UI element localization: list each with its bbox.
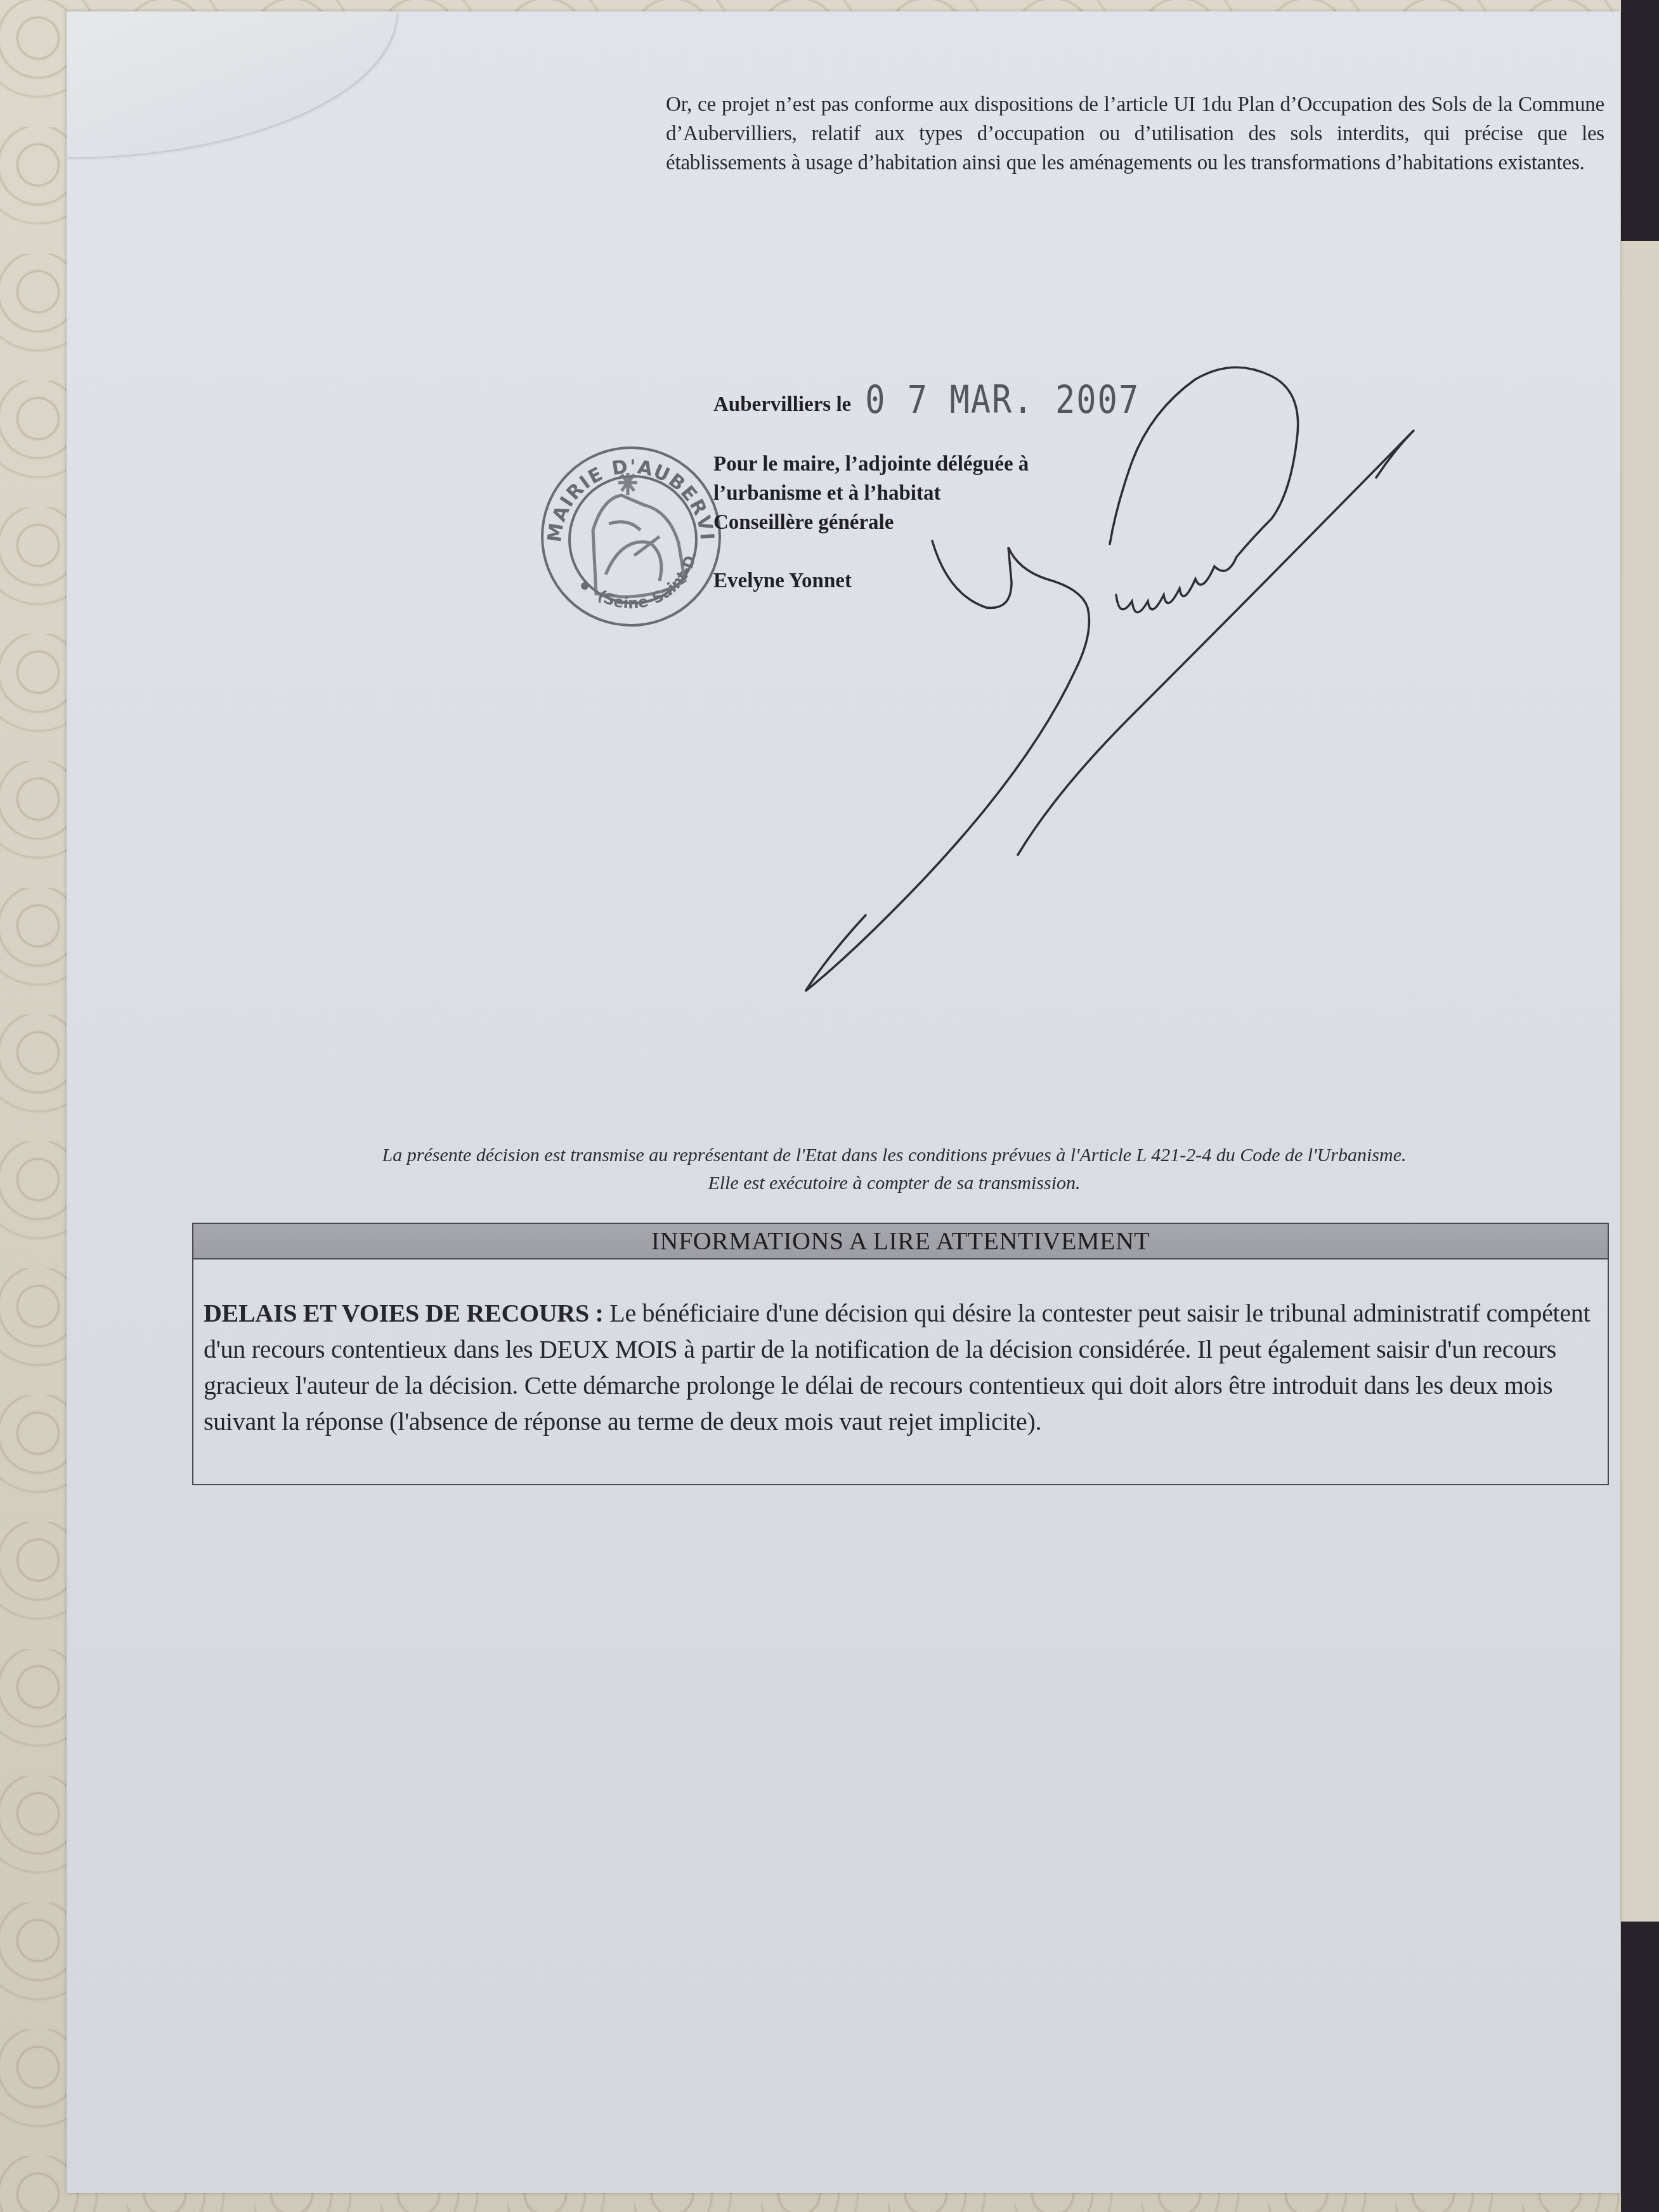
municipal-seal-icon: MAIRIE D'AUBERVILLIERS (Seine-Saint-Deni… <box>533 435 729 632</box>
intro-paragraph: Or, ce projet n’est pas conforme aux dis… <box>666 90 1604 178</box>
notice-line: Elle est exécutoire à compter de sa tran… <box>244 1169 1544 1197</box>
information-box-body: DELAIS ET VOIES DE RECOURS : Le bénéfici… <box>193 1259 1608 1440</box>
appeal-label: DELAIS ET VOIES DE RECOURS : <box>204 1299 604 1327</box>
background-dark-strip <box>1621 0 1659 2212</box>
svg-text:MAIRIE D'AUBERVILLIERS: MAIRIE D'AUBERVILLIERS <box>533 435 718 543</box>
legal-notice: La présente décision est transmise au re… <box>244 1142 1544 1197</box>
background-light-segment <box>1621 241 1659 1922</box>
document-page: Or, ce projet n’est pas conforme aux dis… <box>67 11 1620 2193</box>
page-curl <box>67 11 396 157</box>
information-box: INFORMATIONS A LIRE ATTENTIVEMENT DELAIS… <box>192 1223 1609 1485</box>
notice-line: La présente décision est transmise au re… <box>244 1142 1544 1169</box>
information-box-header: INFORMATIONS A LIRE ATTENTIVEMENT <box>193 1224 1608 1259</box>
handwritten-signature-icon <box>790 329 1474 1007</box>
